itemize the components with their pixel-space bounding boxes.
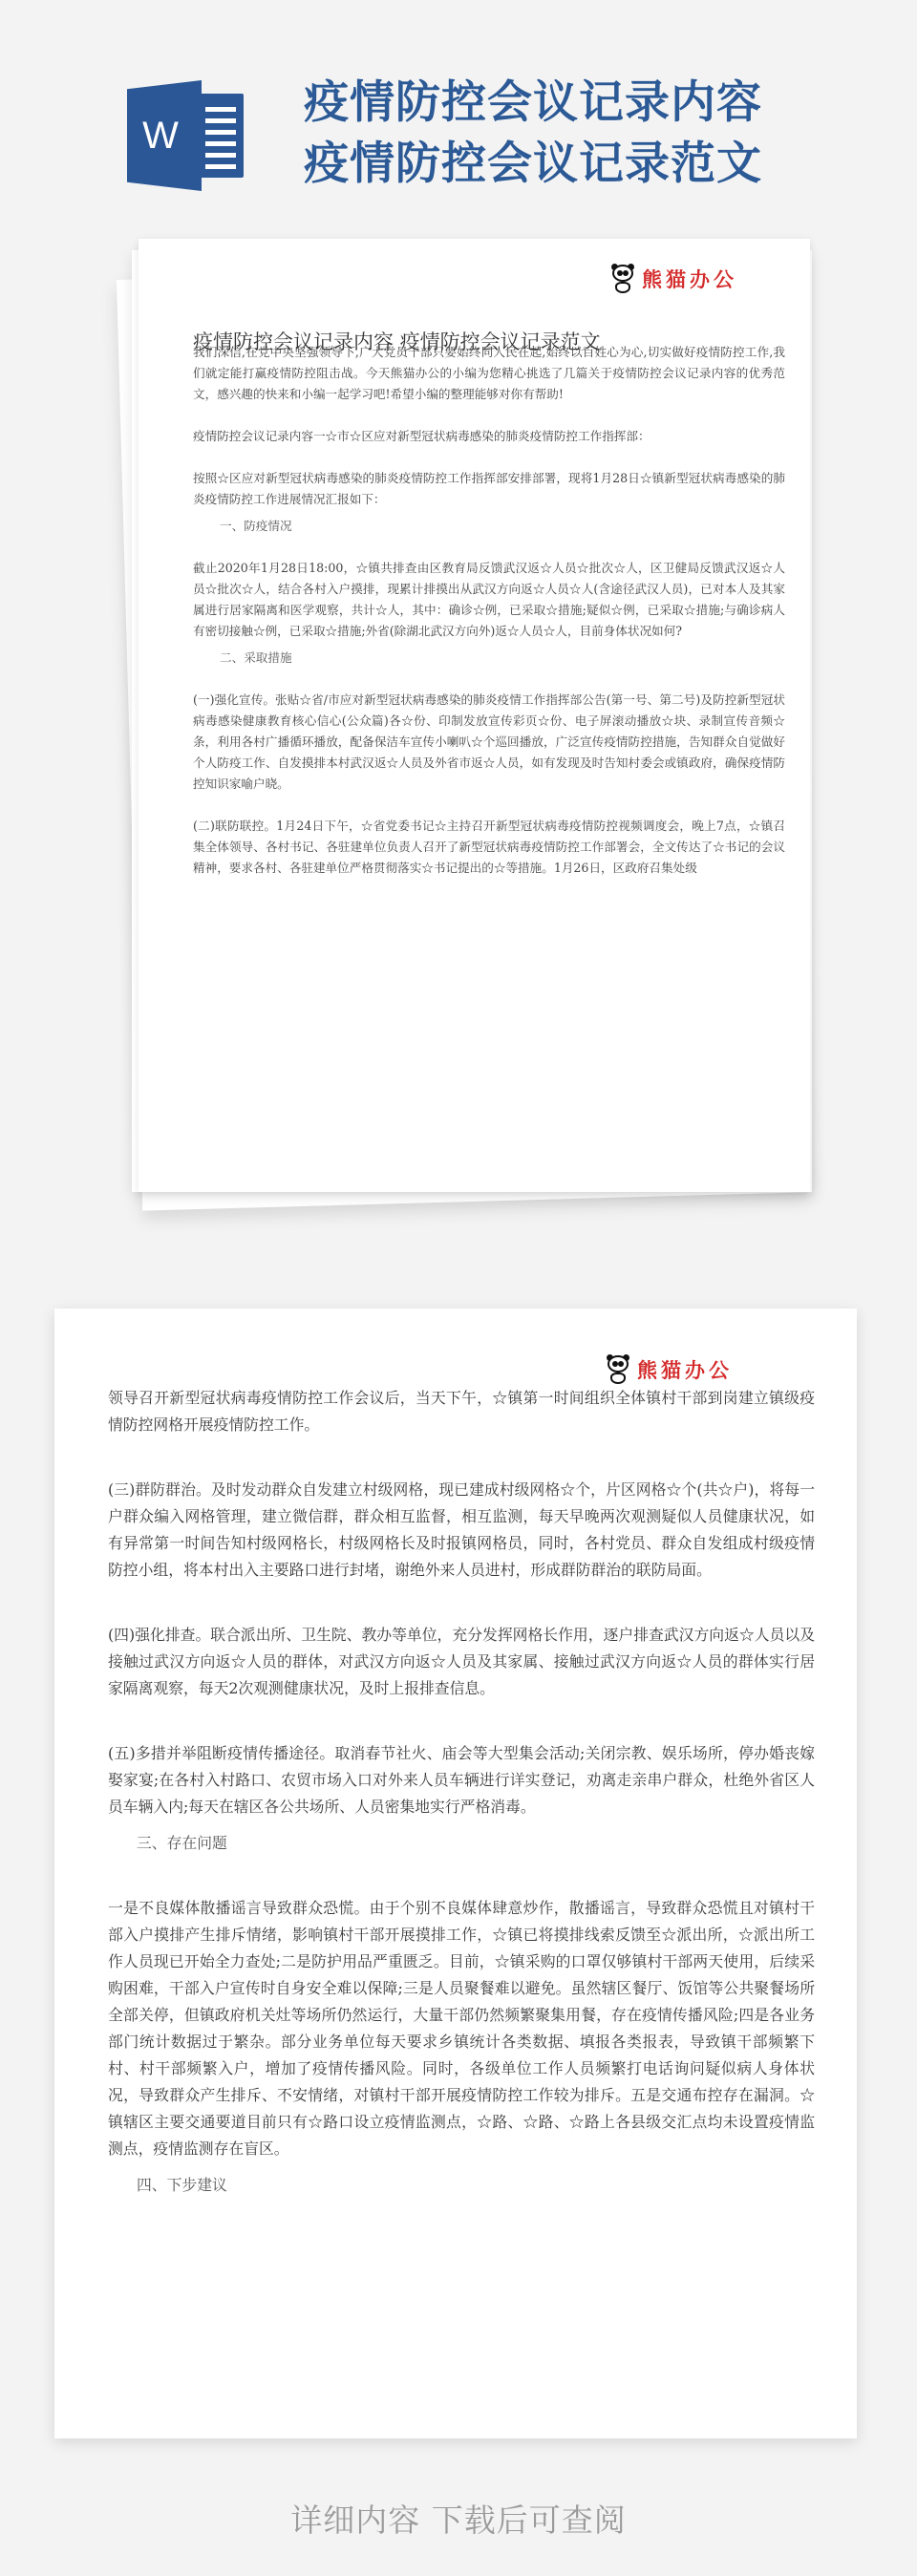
word-letter: W [137,115,184,157]
brand-name: 熊猫办公 [642,265,737,293]
page-title: 疫情防控会议记录内容 疫情防控会议记录范文 [304,73,915,195]
measure-paragraph: (四)强化排查。联合派出所、卫生院、教办等单位，充分发挥网格长作用，逐户排查武汉… [108,1622,815,1702]
measure-paragraph: (一)强化宣传。张贴☆省/市应对新型冠状病毒感染的肺炎疫情工作指挥部公告(第一号… [193,690,785,795]
brand-logo: 熊猫办公 [607,1354,733,1385]
measure-paragraph: (三)群防群治。及时发动群众自发建立村级网格，现已建成村级网格☆个，片区网格☆个… [108,1477,815,1584]
measure-paragraph: (五)多措并举阻断疫情传播途径。取消春节社火、庙会等大型集会活动;关闭宗教、娱乐… [108,1740,815,1820]
text-line-decoration [205,164,236,169]
section-heading: 四、下步建议 [108,2172,815,2199]
text-line-decoration [205,118,236,123]
document-page-2: 熊猫办公 领导召开新型冠状病毒疫情防控工作会议后，当天下午，☆镇第一时间组织全体… [54,1309,857,2438]
panda-icon [611,264,634,294]
text-line-decoration [205,141,236,146]
section-heading: 二、采取措施 [193,648,785,669]
document-page-1: 熊猫办公 疫情防控会议记录内容 疫情防控会议记录范文 我们深信,在党中央坚强领导… [139,239,810,1192]
page-title-line-2: 疫情防控会议记录范文 [304,134,915,195]
continued-paragraph: 领导召开新型冠状病毒疫情防控工作会议后，当天下午，☆镇第一时间组织全体镇村干部到… [108,1385,815,1438]
report-intro-paragraph: 按照☆区应对新型冠状病毒感染的肺炎疫情防控工作指挥部安排部署，现将1月28日☆镇… [193,468,785,510]
document-body: 领导召开新型冠状病毒疫情防控工作会议后，当天下午，☆镇第一时间组织全体镇村干部到… [108,1385,815,2199]
measure-paragraph: (二)联防联控。1月24日下午，☆省党委书记☆主持召开新型冠状病毒疫情防控视频调… [193,816,785,879]
brand-name: 熊猫办公 [637,1355,733,1384]
brand-logo: 熊猫办公 [611,264,737,294]
intro-paragraph: 我们深信,在党中央坚强领导下,广大党员干部只要始终同人民在起,始终以百姓心为心,… [193,342,785,405]
text-line-decoration [205,130,236,135]
section-heading: 一、防疫情况 [193,516,785,537]
addressee-paragraph: 疫情防控会议记录内容一☆市☆区应对新型冠状病毒感染的肺炎疫情防控工作指挥部： [193,426,785,447]
page-title-line-1: 疫情防控会议记录内容 [304,73,915,134]
download-hint: 详细内容 下载后可查阅 [0,2496,917,2541]
word-document-icon: W [127,80,244,191]
word-cover-panel: W [127,80,202,191]
header-banner: W 疫情防控会议记录内容 疫情防控会议记录范文 [0,0,917,220]
panda-icon [607,1354,629,1385]
text-line-decoration [205,153,236,158]
section-heading: 三、存在问题 [108,1830,815,1857]
epidemic-status-paragraph: 截止2020年1月28日18:00，☆镇共排查由区教育局反馈武汉返☆人员☆批次☆… [193,558,785,642]
problems-paragraph: 一是不良媒体散播谣言导致群众恐慌。由于个别不良媒体肆意炒作，散播谣言，导致群众恐… [108,1895,815,2162]
text-line-decoration [205,107,236,112]
document-body: 我们深信,在党中央坚强领导下,广大党员干部只要始终同人民在起,始终以百姓心为心,… [193,342,785,879]
